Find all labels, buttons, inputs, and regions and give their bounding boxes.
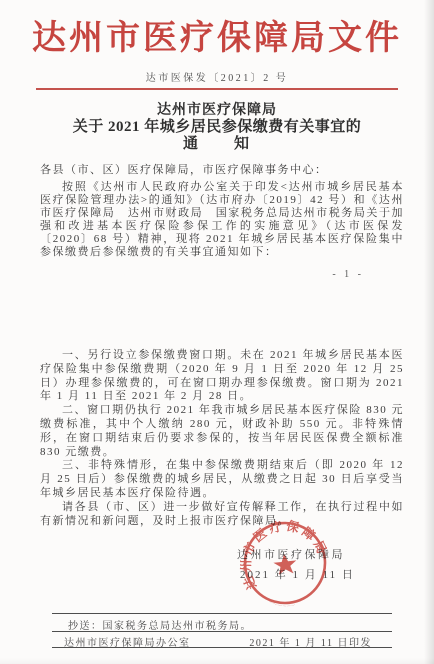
svg-text:·····················: ····················· [268, 596, 297, 610]
document-title-line3: 通 知 [20, 136, 414, 153]
body-item-3: 三、非特殊情形，在集中参保缴费期结束后（即 2020 年 12 月 25 日后）… [40, 459, 404, 500]
body-item-2: 二、窗口期仍执行 2021 年我市城乡居民基本医疗保险 830 元缴费标准，其中… [40, 404, 404, 459]
document-title: 达州市医疗保障局 关于 2021 年城乡居民参保缴费有关事宜的 通 知 [20, 102, 414, 153]
footer-divider-top [52, 613, 392, 614]
svg-text:达州市医疗保障局: 达州市医疗保障局 [233, 513, 333, 592]
official-seal: 达州市医疗保障局 ····················· [217, 495, 353, 631]
body-item-1: 一、另行设立参保缴费窗口期。未在 2021 年城乡居民基本医疗保险集中参保缴费期… [40, 349, 404, 404]
document-title-line1: 达州市医疗保障局 [20, 102, 414, 119]
body-text-block: 一、另行设立参保缴费窗口期。未在 2021 年城乡居民基本医疗保险集中参保缴费期… [40, 349, 404, 528]
letterhead-divider [36, 88, 398, 90]
seal-star-icon [273, 553, 298, 575]
footer-divider-bottom [52, 647, 392, 648]
page-number: - 1 - [332, 269, 364, 280]
seal-code-marks: ····················· [268, 596, 297, 610]
footer-divider-middle [52, 631, 392, 632]
intro-paragraph: 按照《达州市人民政府办公室关于印发<达州市城乡居民基本医疗保险管理办法>的通知》… [40, 181, 404, 259]
intro-paragraph-block: 按照《达州市人民政府办公室关于印发<达州市城乡居民基本医疗保险管理办法>的通知》… [40, 181, 404, 259]
footer-cc-line: 抄送：国家税务总局达州市税务局。 [68, 617, 252, 632]
document-number: 达市医保发〔2021〕2 号 [0, 69, 434, 84]
scan-edge-shadow-right [424, 0, 434, 664]
letterhead-title: 达州市医疗保障局文件 [0, 10, 434, 59]
salutation: 各县（市、区）医疗保障局，市医疗保障事务中心： [40, 164, 406, 177]
scan-edge-shadow-bottom [0, 658, 434, 664]
seal-ring-text: 达州市医疗保障局 [233, 513, 333, 592]
scanned-official-document: 达州市医疗保障局文件 达市医保发〔2021〕2 号 达州市医疗保障局 关于 20… [0, 0, 434, 664]
document-title-line2: 关于 2021 年城乡居民参保缴费有关事宜的 [20, 119, 414, 136]
